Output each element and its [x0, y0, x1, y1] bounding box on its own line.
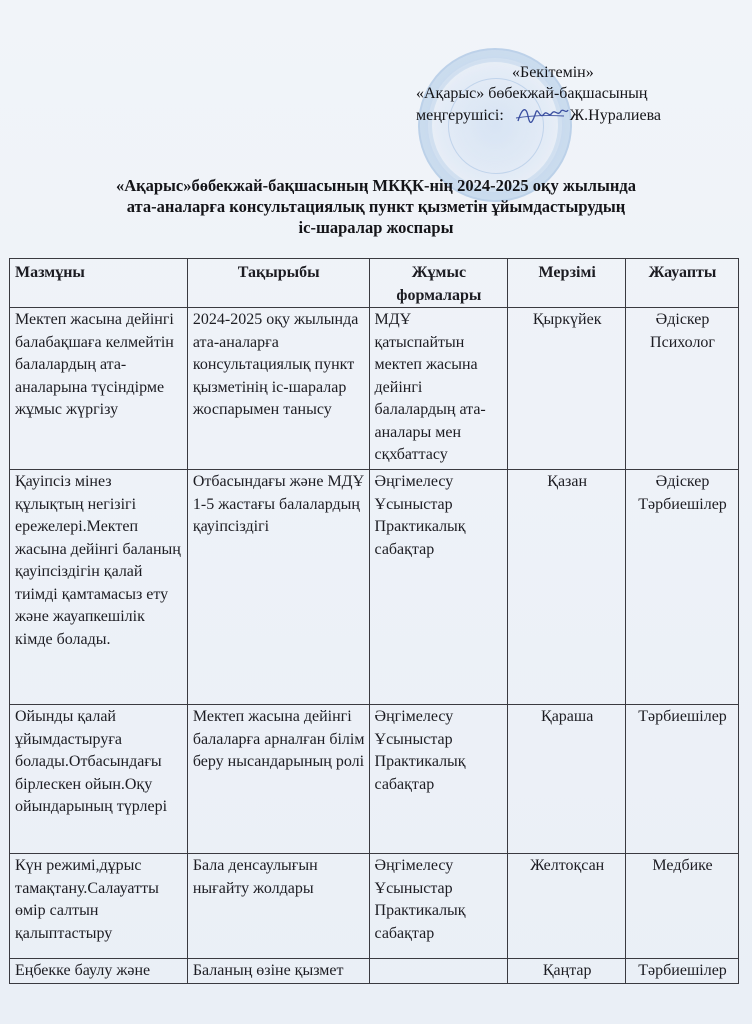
table-row: Ойынды қалай ұйымдастыруға болады.Отбасы… [10, 705, 739, 854]
cell-deadline: Желтоқсан [508, 854, 626, 959]
cell-responsible: Тәрбиешілер [626, 705, 739, 854]
cell-work-forms: МДҰ қатыспайтын мектеп жасына дейінгі ба… [369, 308, 508, 470]
cell-content: Ойынды қалай ұйымдастыруға болады.Отбасы… [10, 705, 188, 854]
cell-topic: Отбасындағы және МДҰ 1-5 жастағы балалар… [187, 470, 369, 705]
cell-work-forms: ӘңгімелесуҰсыныстарПрактикалық сабақтар [369, 470, 508, 705]
cell-content: Мектеп жасына дейінгі балабақшаға келмей… [10, 308, 188, 470]
table-row: Күн режимі,дұрыс тамақтану.Салауатты өмі… [10, 854, 739, 959]
header-content: Мазмұны [10, 259, 188, 308]
cell-responsible-line: Әдіскер [631, 471, 734, 494]
title-line-1: «Ақарыс»бөбекжай-бақшасының МКҚК-нің 202… [0, 175, 752, 196]
cell-responsible-line: Медбике [631, 855, 734, 878]
cell-work-forms-line: Ұсыныстар [375, 494, 504, 517]
cell-responsible: ӘдіскерПсихолог [626, 308, 739, 470]
approval-name: Ж.Нуралиева [570, 107, 661, 124]
approval-block: «Бекітемін» «Ақарыс» бөбекжай-бақшасының… [416, 62, 746, 126]
title-line-3: іс-шаралар жоспары [0, 217, 752, 238]
cell-content: Қауіпсіз мінез құлықтың негізігі ережеле… [10, 470, 188, 705]
cell-topic: 2024-2025 оқу жылында ата-аналарға консу… [187, 308, 369, 470]
cell-topic: Баланың өзіне қызмет [187, 959, 369, 984]
cell-content: Еңбекке баулу және [10, 959, 188, 984]
cell-deadline: Қаңтар [508, 959, 626, 984]
document-title: «Ақарыс»бөбекжай-бақшасының МКҚК-нің 202… [0, 175, 752, 238]
table-header-row: Мазмұны Тақырыбы Жұмыс формалары Мерзімі… [10, 259, 739, 308]
cell-responsible-line: Тәрбиешілер [631, 706, 734, 729]
cell-work-forms-line: Ұсыныстар [375, 878, 504, 901]
approval-label: «Бекітемін» [416, 62, 746, 83]
activity-plan-table: Мазмұны Тақырыбы Жұмыс формалары Мерзімі… [9, 258, 739, 984]
cell-responsible-line: Тәрбиешілер [631, 960, 734, 983]
approval-position: меңгерушісі: [416, 107, 504, 124]
cell-work-forms: ӘңгімелесуҰсыныстарПрактикалық сабақтар [369, 705, 508, 854]
cell-work-forms-line: Практикалық сабақтар [375, 751, 504, 796]
approval-organization: «Ақарыс» бөбекжай-бақшасының [416, 83, 746, 104]
cell-work-forms [369, 959, 508, 984]
cell-work-forms: ӘңгімелесуҰсыныстарПрактикалық сабақтар [369, 854, 508, 959]
header-responsible: Жауапты [626, 259, 739, 308]
cell-topic: Мектеп жасына дейінгі балаларға арналған… [187, 705, 369, 854]
cell-responsible-line: Психолог [631, 332, 734, 355]
header-deadline: Мерзімі [508, 259, 626, 308]
title-line-2: ата-аналарға консультациялық пункт қызме… [0, 196, 752, 217]
cell-deadline: Қыркүйек [508, 308, 626, 470]
cell-responsible-line: Тәрбиешілер [631, 494, 734, 517]
cell-deadline: Қараша [508, 705, 626, 854]
cell-work-forms-line: Әңгімелесу [375, 471, 504, 494]
cell-work-forms-line: Ұсыныстар [375, 729, 504, 752]
document-page: «Бекітемін» «Ақарыс» бөбекжай-бақшасының… [0, 0, 752, 1024]
cell-responsible: Медбике [626, 854, 739, 959]
table-row: Мектеп жасына дейінгі балабақшаға келмей… [10, 308, 739, 470]
approval-signature-line: меңгерушісі: Ж.Нуралиева [416, 104, 746, 126]
table-row: Қауіпсіз мінез құлықтың негізігі ережеле… [10, 470, 739, 705]
cell-responsible: Тәрбиешілер [626, 959, 739, 984]
header-work-forms: Жұмыс формалары [369, 259, 508, 308]
table-row: Еңбекке баулу жәнеБаланың өзіне қызметҚа… [10, 959, 739, 984]
header-topic: Тақырыбы [187, 259, 369, 308]
cell-topic: Бала денсаулығын нығайту жолдары [187, 854, 369, 959]
cell-work-forms-line: Практикалық сабақтар [375, 516, 504, 561]
cell-responsible: ӘдіскерТәрбиешілер [626, 470, 739, 705]
cell-work-forms-line: Әңгімелесу [375, 855, 504, 878]
cell-work-forms-line: Практикалық сабақтар [375, 900, 504, 945]
cell-deadline: Қазан [508, 470, 626, 705]
signature-icon [514, 104, 570, 126]
cell-work-forms-line: Әңгімелесу [375, 706, 504, 729]
cell-responsible-line: Әдіскер [631, 309, 734, 332]
cell-content: Күн режимі,дұрыс тамақтану.Салауатты өмі… [10, 854, 188, 959]
